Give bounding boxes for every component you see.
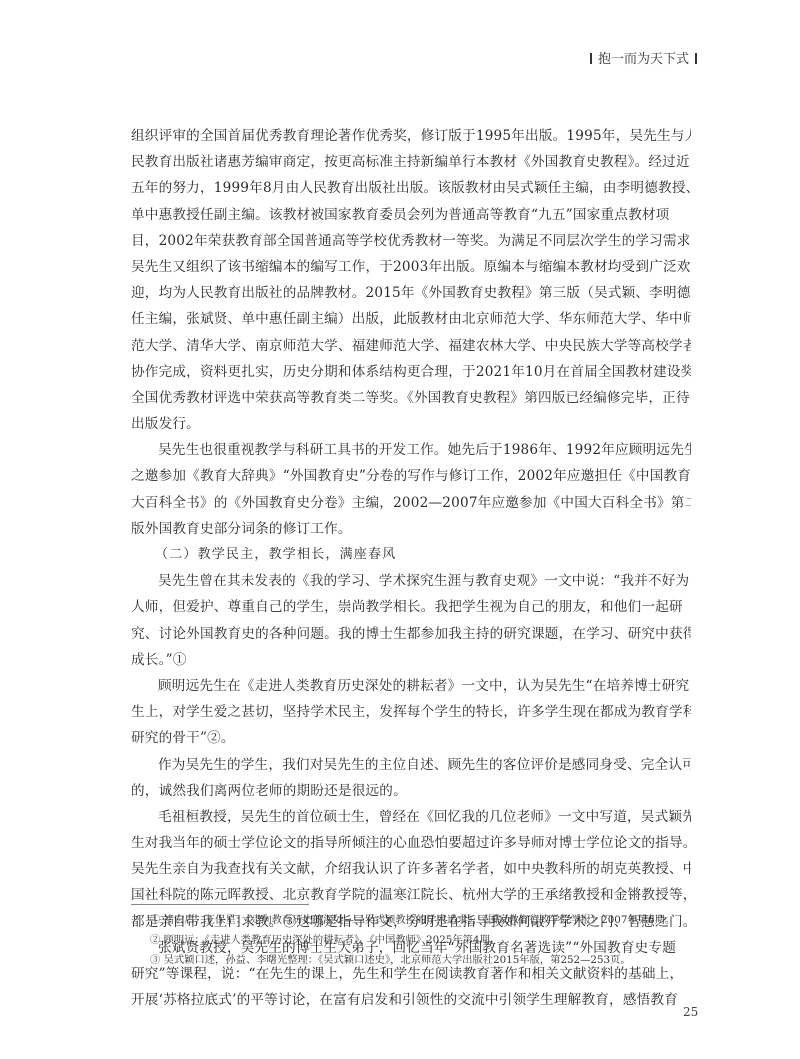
text-line: 大百科全书》的《外国教育史分卷》主编，2002—2007年应邀参加《中国大百科全… [131, 490, 691, 516]
footnote-2: ② 顾明远：《走进人类教育历史深处的耕耘者》，《中国教师》2025年第4期。 [150, 930, 710, 950]
paragraph-start: 顾明远先生在《走进人类教育历史深处的耕耘者》一文中，认为吴先生“在培养博士研究 [131, 673, 691, 699]
header-bar-left [590, 53, 592, 64]
text-line: 范大学、清华大学、南京师范大学、福建师范大学、福建农林大学、中央民族大学等高校学… [131, 333, 691, 359]
body-text: 组织评审的全国首届优秀教育理论著作优秀奖，修订版于1995年出版。1995年，吴… [131, 123, 691, 1013]
running-title: 抱一而为天下式 [598, 52, 689, 67]
footnote-3: ③ 吴式颖口述，孙益、李曙光整理：《吴式颖口述史》，北京师范大学出版社2015年… [150, 950, 710, 970]
text-line: 单中惠教授任副主编。该教材被国家教育委员会列为普通高等教育“九五”国家重点教材项 [131, 202, 691, 228]
text-line: 迎，均为人民教育出版社的品牌教材。2015年《外国教育史教程》第三版（吴式颖、李… [131, 280, 691, 306]
text-line: 生上，对学生爱之甚切，坚持学术民主，发挥每个学生的特长，许多学生现在都成为教育学… [131, 699, 691, 725]
text-line: 人师，但爱护、尊重自己的学生，崇尚教学相长。我把学生视为自己的朋友，和他们一起研 [131, 594, 691, 620]
text-line: 民教育出版社诸惠芳编审商定，按更高标准主持新编单行本教材《外国教育史教程》。经过… [131, 149, 691, 175]
text-line: 组织评审的全国首届优秀教育理论著作优秀奖，修订版于1995年出版。1995年，吴… [131, 123, 691, 149]
text-line: 任主编，张斌贤、单中惠任副主编）出版，此版教材由北京师范大学、华东师范大学、华中… [131, 306, 691, 332]
text-line: 之邀参加《教育大辞典》“外国教育史”分卷的写作与修订工作，2002年应邀担任《中… [131, 463, 691, 489]
text-line: 全国优秀教材评选中荣获高等教育类二等奖。《外国教育史教程》第四版已经编修完毕，正… [131, 385, 691, 411]
header-bar-right [695, 53, 697, 64]
paragraph-start: 毛祖桓教授，吴先生的首位硕士生，曾经在《回忆我的几位老师》一文中写道，吴式颖先 [131, 804, 691, 830]
text-line: 版外国教育史部分词条的修订工作。 [131, 516, 691, 542]
text-line: 吴先生又组织了该书缩编本的编写工作，于2003年出版。原编本与缩编本教材均受到广… [131, 254, 691, 280]
text-line: 的，诚然我们离两位老师的期盼还是很远的。 [131, 778, 691, 804]
text-line: 目，2002年荣获教育部全国普通高等学校优秀教材一等奖。为满足不同层次学生的学习… [131, 228, 691, 254]
text-line: 研究的骨干”②。 [131, 725, 691, 751]
footnote-1: ① 褚宏启、王保星：《走向教育历史的深处——吴式颖教授的学术追求》，《国家教育行… [150, 910, 710, 930]
paragraph-start: 吴先生曾在其未发表的《我的学习、学术探究生涯与教育史观》一文中说：“我并不好为 [131, 568, 691, 594]
section-subheading: （二）教学民主，教学相长，满座春风 [131, 542, 691, 568]
text-line: 生对我当年的硕士学位论文的指导所倾注的心血恐怕要超过许多导师对博士学位论文的指导… [131, 830, 691, 856]
paragraph-start: 作为吴先生的学生，我们对吴先生的主位自述、顾先生的客位评价是感同身受、完全认可 [131, 752, 691, 778]
footnote-divider [131, 904, 309, 905]
text-line: 出版发行。 [131, 411, 691, 437]
text-line: 成长。”① [131, 647, 691, 673]
text-line: 吴先生亲自为我查找有关文献，介绍我认识了许多著名学者，如中央教科所的胡克英教授、… [131, 856, 691, 882]
page-number: 25 [683, 1005, 698, 1019]
running-header: 抱一而为天下式 [584, 48, 703, 67]
text-line: 究、讨论外国教育史的各种问题。我的博士生都参加我主持的研究课题，在学习、研究中获… [131, 621, 691, 647]
paragraph-start: 吴先生也很重视教学与科研工具书的开发工作。她先后于1986年、1992年应顾明远… [131, 437, 691, 463]
text-line: 协作完成，资料更扎实，历史分期和体系结构更合理，于2021年10月在首届全国教材… [131, 359, 691, 385]
text-line: 五年的努力，1999年8月由人民教育出版社出版。该版教材由吴式颖任主编，由李明德… [131, 175, 691, 201]
footnotes: ① 褚宏启、王保星：《走向教育历史的深处——吴式颖教授的学术追求》，《国家教育行… [150, 910, 710, 970]
text-line: 开展‘苏格拉底式’的平等讨论，在富有启发和引领性的交流中引领学生理解教育，感悟教… [131, 987, 691, 1013]
